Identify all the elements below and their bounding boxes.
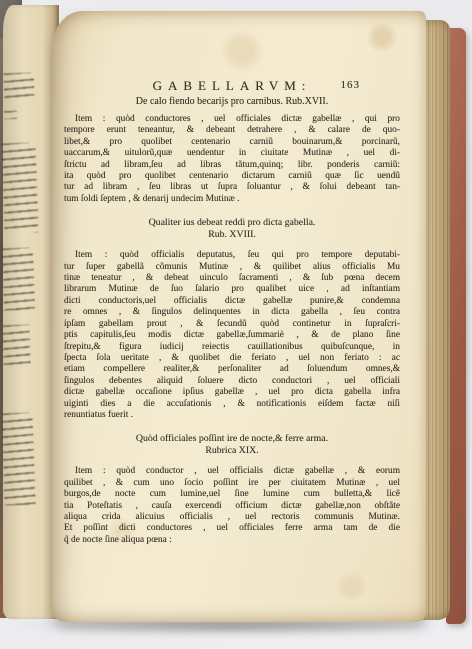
text-line: Item : quòd officialis deputatus, ſeu qu… — [64, 250, 400, 261]
text-line: libet,& pro quolibet centenario carniũ b… — [64, 137, 400, 148]
left-page-edge — [3, 5, 59, 619]
text-line: Item : quòd conductores , uel officiales… — [64, 114, 400, 125]
text-line: re omnes , & ſingulos delinquentes in di… — [64, 307, 400, 318]
text-line: ipſam gabellam prout , & ſecundũ quòd co… — [64, 319, 400, 330]
text-line: tempore erunt teneantur, & debeant detra… — [64, 125, 400, 136]
paragraph-rubric-17: Item : quòd conductores , uel officiales… — [64, 114, 400, 205]
text-line: ſtrictu ad libram,ſeu ad libras tãtum,qu… — [64, 160, 400, 171]
paragraph-rubric-19: Item : quòd conductor , uel officialis d… — [64, 466, 400, 546]
facing-page-text-fragment — [1, 412, 35, 505]
text-line: Et poſſint dicti conductores , uel offic… — [64, 523, 400, 534]
paragraph-rubric-18: Item : quòd officialis deputatus, ſeu qu… — [64, 250, 400, 421]
book-drop-shadow — [10, 620, 452, 636]
page-number: 163 — [341, 79, 361, 91]
photo-background: GABELLARVM: 163 De calo fiendo becarijs … — [0, 0, 472, 649]
text-line: tur ſuper gabellã cõmunis Mutinæ , & qui… — [64, 262, 400, 273]
text-line: burgos,de nocte cum lumine,uel ſine lumi… — [64, 489, 400, 500]
facing-page-text-fragment — [1, 142, 38, 233]
rubric-18-number: Rub. XVIII. — [64, 229, 400, 241]
text-line: quilibet , & cum uno ſocio poſſint ire p… — [64, 478, 400, 489]
rubric-19-title: Quòd officiales poſſint ire de nocte,& f… — [64, 433, 400, 445]
text-line: ptis capitulis,ſeu modis dictæ gabellæ,ſ… — [64, 330, 400, 341]
facing-page-text-fragment — [4, 111, 17, 119]
rubric-18-title: Qualiter ius debeat reddi pro dicta gabe… — [64, 217, 400, 229]
facing-page-text-fragment — [4, 72, 35, 100]
running-header: GABELLARVM: 163 — [64, 77, 400, 93]
text-line: q̃ de nocte ſine aliqua pœna : — [64, 535, 400, 546]
text-line: tur ad libram , ſeu libras ut ſupra ſolu… — [64, 182, 400, 193]
facing-page-text-fragment — [2, 325, 31, 370]
page-header-title: GABELLARVM: — [153, 78, 312, 93]
text-line: uiginti dies a die accuſationis , & noti… — [64, 399, 400, 410]
text-line: librarum Mutinæ de ſuo ſalario pro quali… — [64, 284, 400, 295]
book-page: GABELLARVM: 163 De calo fiendo becarijs … — [52, 11, 426, 622]
page-text-block: GABELLARVM: 163 De calo fiendo becarijs … — [64, 77, 400, 546]
text-line: renuntiatus fuerit . — [64, 410, 400, 421]
text-line: tia Poteſtatis , cauſa exercendi officiu… — [64, 501, 400, 512]
rubric-19-number: Rubrica XIX. — [64, 445, 400, 457]
text-line: ita quòd pro quolibet centenario dictaru… — [64, 171, 400, 182]
rubric-19-heading: Quòd officiales poſſint ire de nocte,& f… — [64, 433, 400, 457]
text-line: dictæ gabellæ occaſione ipſius gabellæ ,… — [64, 387, 400, 398]
facing-page-text-fragment — [2, 247, 35, 310]
rubric-18-heading: Qualiter ius debeat reddi pro dicta gabe… — [64, 217, 400, 241]
text-line: Item : quòd conductor , uel officialis d… — [64, 466, 400, 477]
chapter-subtitle: De calo fiendo becarijs pro carnibus. Ru… — [64, 96, 400, 107]
text-line: dicti conductoris,uel officialis dictæ g… — [64, 296, 400, 307]
text-line: tinæ teneatur , & debeat uinculo ſacrame… — [64, 273, 400, 284]
text-line: uaccarum,& uitulorũ,quæ uendentur in ciu… — [64, 148, 400, 159]
text-line: aliqua crida alicuius officialis , uel r… — [64, 512, 400, 523]
text-line: etiam compellere realiter,& perſonaliter… — [64, 364, 400, 375]
text-line: ſpecta ſola ueritate , & quolibet die fe… — [64, 353, 400, 364]
text-line: ſtrepitu,& figura iudicij reiectis cauil… — [64, 342, 400, 353]
text-line: ſingulos debentes aliquid ſoluere dicto … — [64, 376, 400, 387]
text-line: tum ſoldi ſeptem , & denarij undecim Mut… — [64, 194, 400, 205]
